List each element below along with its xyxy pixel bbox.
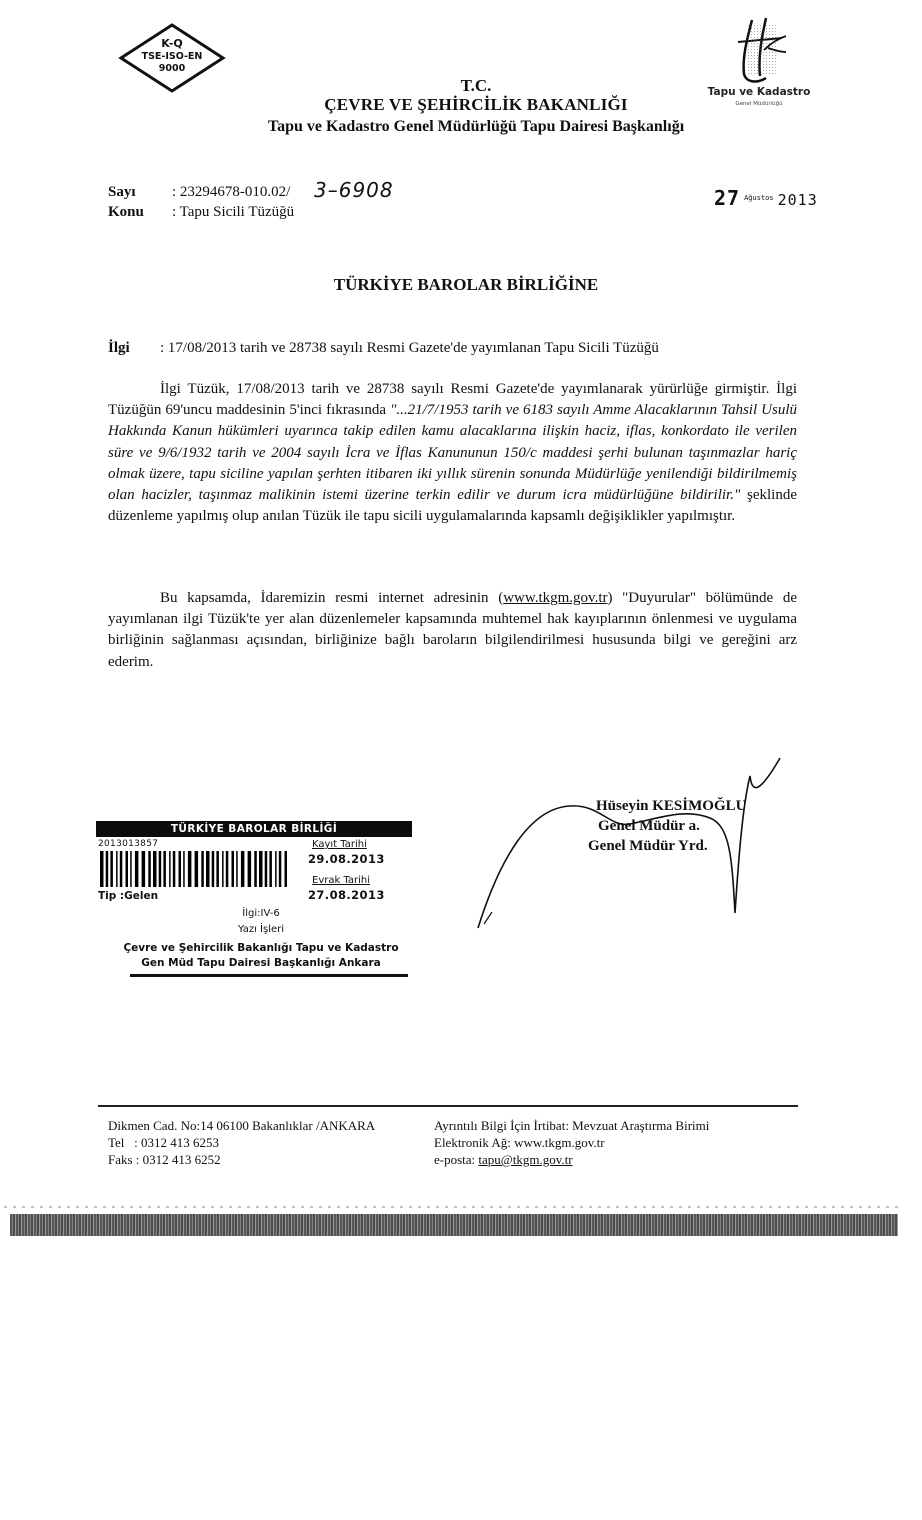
stamp-rule (130, 974, 408, 977)
footer-email-link[interactable]: tapu@tkgm.gov.tr (478, 1152, 572, 1167)
footer-email-line: e-posta: tapu@tkgm.gov.tr (434, 1151, 709, 1168)
stamp-org-line1: Çevre ve Şehircilik Bakanlığı Tapu ve Ka… (96, 942, 412, 954)
stamp-tip: Tip :Gelen (98, 890, 158, 902)
konu-value: : Tapu Sicili Tüzüğü (172, 204, 294, 221)
header-tc: T.C. (0, 76, 922, 96)
evrak-tarihi-value: 27.08.2013 (308, 888, 385, 902)
stamp-code-number: 2013013857 (98, 839, 158, 849)
scan-artifact-band (10, 1214, 898, 1236)
sayi-label: Sayı (108, 184, 136, 201)
barcode-icon (100, 851, 290, 887)
signatory-title-1: Genel Müdür a. (598, 818, 700, 835)
body-paragraph-1: İlgi Tüzük, 17/08/2013 tarih ve 28738 sa… (108, 379, 797, 527)
date-month: Ağustos (744, 194, 774, 202)
footer-fax: Faks : 0312 413 6252 (108, 1151, 375, 1168)
konu-label: Konu (108, 204, 144, 221)
stamp-ilgi: İlgi:IV-6 (96, 908, 412, 919)
addressee: TÜRKİYE BAROLAR BİRLİĞİNE (0, 275, 922, 295)
stamp-org-line2: Gen Müd Tapu Dairesi Başkanlığı Ankara (96, 957, 412, 969)
para2-part-a: Bu kapsamda, İdaremizin resmi internet a… (160, 590, 503, 606)
footer-address-block: Dikmen Cad. No:14 06100 Bakanlıklar /ANK… (108, 1117, 375, 1168)
stamp-header: TÜRKİYE BAROLAR BİRLİĞİ (96, 821, 412, 837)
iso-logo-line2: TSE-ISO-EN (118, 51, 226, 62)
ilgi-value: : 17/08/2013 tarih ve 28738 sayılı Resmi… (160, 340, 659, 357)
website-link[interactable]: www.tkgm.gov.tr (503, 590, 607, 606)
date-year: 2013 (778, 191, 818, 209)
footer-address: Dikmen Cad. No:14 06100 Bakanlıklar /ANK… (108, 1117, 375, 1134)
signatory-name: Hüseyin KESİMOĞLU (596, 798, 746, 815)
date-day: 27 (714, 186, 740, 210)
footer-contact-block: Ayrıntılı Bilgi İçin İrtibat: Mevzuat Ar… (434, 1117, 709, 1168)
sayi-value: : 23294678-010.02/ (172, 184, 290, 201)
header-directorate: Tapu ve Kadastro Genel Müdürlüğü Tapu Da… (0, 118, 922, 136)
sayi-handwritten-number: 3–6908 (314, 178, 394, 202)
body-paragraph-2: Bu kapsamda, İdaremizin resmi internet a… (108, 588, 797, 673)
footer-tel: Tel : 0312 413 6253 (108, 1134, 375, 1151)
header-ministry: ÇEVRE VE ŞEHİRCİLİK BAKANLIĞI (0, 95, 922, 115)
footer-web: Elektronik Ağ: www.tkgm.gov.tr (434, 1134, 709, 1151)
iso-logo-line3: 9000 (118, 63, 226, 74)
evrak-tarihi-label: Evrak Tarihi (312, 875, 370, 886)
scan-artifact-dots (4, 1206, 904, 1208)
signatory-title-2: Genel Müdür Yrd. (588, 838, 708, 855)
date-stamp: 27Ağustos2013 (714, 186, 818, 210)
footer-contact: Ayrıntılı Bilgi İçin İrtibat: Mevzuat Ar… (434, 1117, 709, 1134)
registry-stamp: TÜRKİYE BAROLAR BİRLİĞİ 2013013857 Tip :… (96, 818, 412, 990)
iso-logo-line1: K-Q (118, 38, 226, 49)
footer-email-label: e-posta: (434, 1152, 478, 1167)
footer-divider (98, 1105, 798, 1107)
stamp-unit: Yazı İşleri (96, 924, 412, 935)
ilgi-label: İlgi (108, 340, 130, 357)
kayit-tarihi-label: Kayıt Tarihi (312, 839, 367, 850)
kayit-tarihi-value: 29.08.2013 (308, 852, 385, 866)
